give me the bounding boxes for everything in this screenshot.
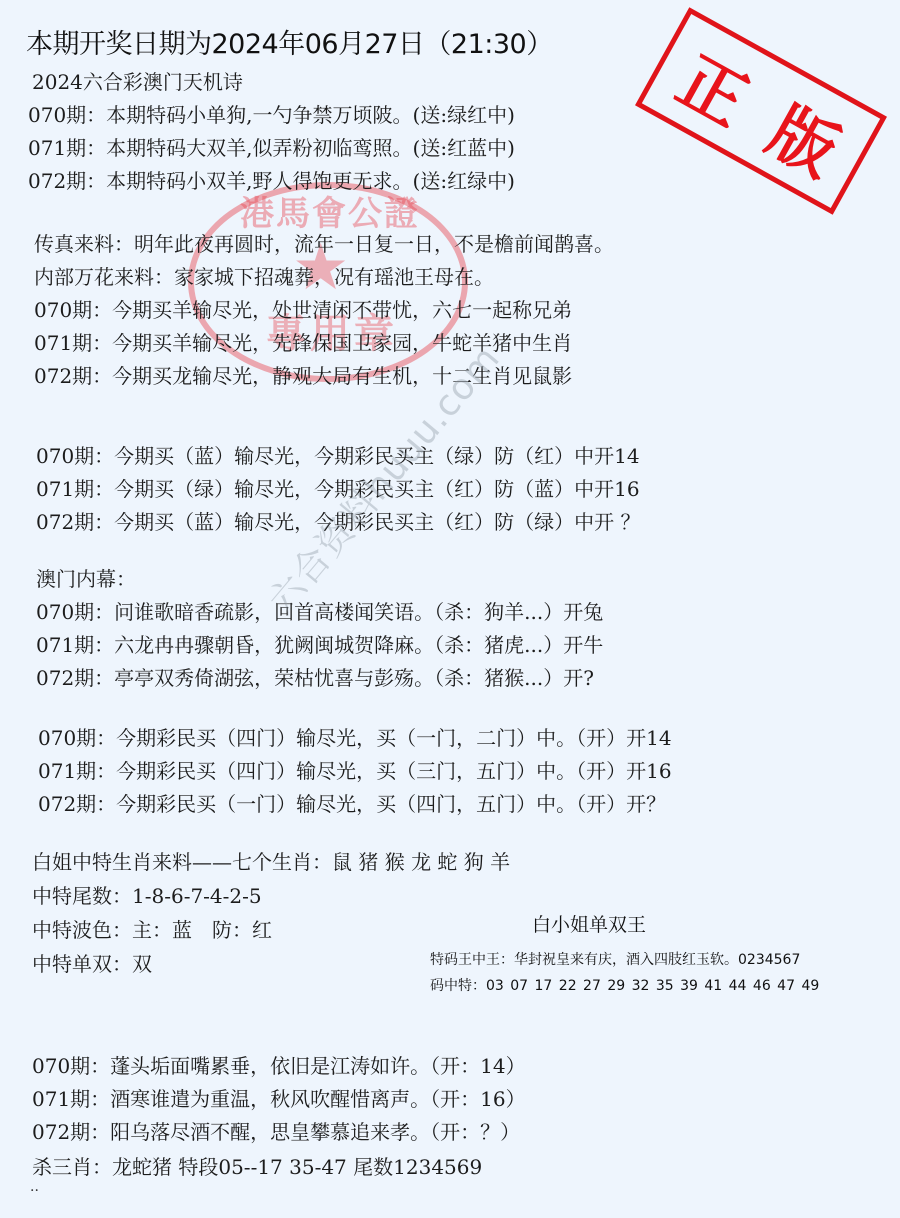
king-code-line: 特码王中王：华封祝皇来有庆，酒入四肢红玉软。0234567 [430, 949, 800, 969]
fax-line: 传真来料：明年此夜再圆时，流年一日复一日，不是檐前闻鹊喜。 [34, 232, 614, 256]
poem-line: 071期：本期特码大双羊,似弄粉初临鸾照。(送:红蓝中) [28, 136, 515, 160]
bai-line-tail: 中特尾数：1-8-6-7-4-2-5 [32, 884, 262, 908]
poem-line: 072期：本期特码小双羊,野人得饱更无求。(送:红绿中) [28, 169, 515, 193]
fax-line: 071期：今期买羊输尽光，先锋保国卫家园，牛蛇羊猪中生肖 [34, 331, 572, 355]
stamp-char-2: 版 [755, 79, 859, 194]
fax-line: 内部万花来料：家家城下招魂葬，况有瑶池王母在。 [34, 265, 494, 289]
macau-line: 072期：亭亭双秀倚湖弦，荣枯忧喜与彭殇。（杀：猪猴...）开? [36, 666, 594, 690]
final-line: 070期：蓬头垢面嘴累垂，依旧是江涛如许。（开：14） [32, 1054, 526, 1078]
gate-line: 071期：今期彩民买（四门）输尽光，买（三门，五门）中。（开）开16 [38, 759, 672, 783]
final-line: 071期：酒寒谁遣为重温，秋风吹醒惜离声。（开：16） [32, 1087, 526, 1111]
lottery-prediction-page: 正 版 港馬會公證 ★ 專用章 本期开奖日期为2024年06月27日（21:30… [0, 0, 900, 1218]
poem-title: 2024六合彩澳门天机诗 [32, 70, 243, 94]
kill-three-zodiac-line: 杀三肖：龙蛇猪 特段05--17 35-47 尾数1234569 [32, 1155, 482, 1179]
fax-line: 072期：今期买龙输尽光，静观大局有生机，十二生肖见鼠影 [34, 364, 572, 388]
gate-line: 070期：今期彩民买（四门）输尽光，买（一门，二门）中。（开）开14 [38, 726, 672, 750]
gate-line: 072期：今期彩民买（一门）输尽光，买（四门，五门）中。（开）开？ [38, 792, 666, 816]
bai-line-zodiac: 白姐中特生肖来料——七个生肖：鼠 猪 猴 龙 蛇 狗 羊 [32, 850, 510, 874]
seal-top-text: 港馬會公證 [230, 186, 430, 235]
bai-xiaojie-title: 白小姐单双王 [532, 910, 646, 937]
stamp-char-1: 正 [664, 28, 768, 143]
number-list-line: 码中特：03 07 17 22 27 29 32 35 39 41 44 46 … [430, 975, 819, 995]
authentic-stamp: 正 版 [635, 7, 887, 215]
color-line: 071期：今期买（绿）输尽光，今期彩民买主（红）防（蓝）中开16 [36, 477, 640, 501]
poem-line: 070期：本期特码小单狗,一勺争禁万顷陂。(送:绿红中) [28, 103, 515, 127]
macau-title: 澳门内幕： [36, 567, 136, 591]
macau-line: 071期：六龙冉冉骤朝昏，犹阙闽城贺降麻。（杀：猪虎...）开牛 [36, 633, 603, 657]
bai-line-wave: 中特波色：主：蓝 防：红 [32, 918, 272, 942]
bai-line-oddeven: 中特单双：双 [32, 952, 152, 976]
draw-date-headline: 本期开奖日期为2024年06月27日（21:30） [26, 22, 553, 61]
color-line: 070期：今期买（蓝）输尽光，今期彩民买主（绿）防（红）中开14 [36, 444, 640, 468]
macau-line: 070期：问谁歌暗香疏影，回首高楼闻笑语。（杀：狗羊...）开兔 [36, 600, 603, 624]
color-line: 072期：今期买（蓝）输尽光，今期彩民买主（红）防（绿）中开 ？ [36, 510, 641, 534]
final-line: 072期：阳乌落尽酒不醒，思皇攀慕追来孝。（开：？） [32, 1120, 520, 1144]
trailing-dots: ·· [30, 1183, 39, 1199]
fax-line: 070期：今期买羊输尽光，处世清闲不带忧，六七一起称兄弟 [34, 298, 572, 322]
